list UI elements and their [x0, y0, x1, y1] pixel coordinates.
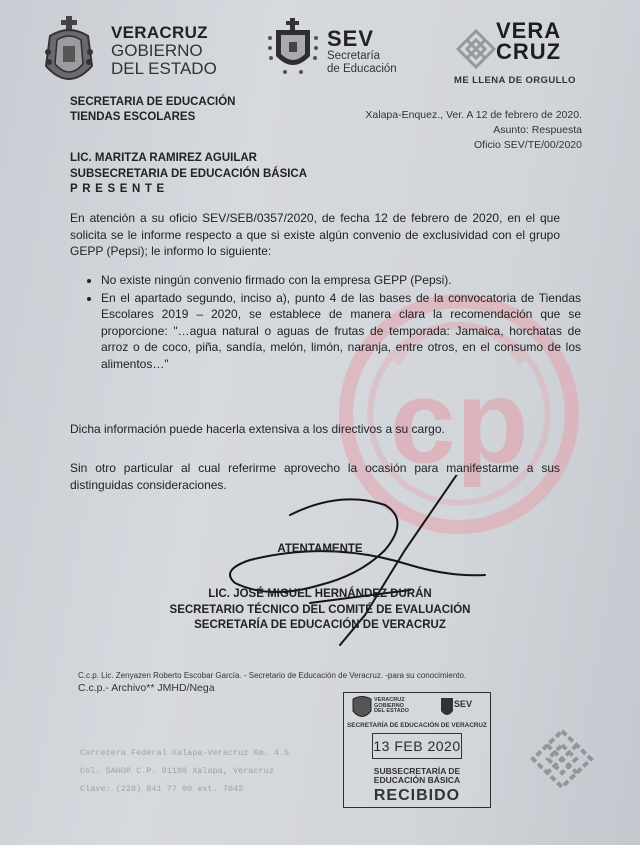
issuing-department: SECRETARIA DE EDUCACIÓN TIENDAS ESCOLARE… [70, 95, 235, 125]
address-line2: Col. SAHOP C.P. 91190 Xalapa, Veracruz [80, 762, 289, 780]
signer-position: SECRETARIO TÉCNICO DEL COMITÉ DE EVALUAC… [150, 603, 490, 619]
stamp-gov-line3: DEL ESTADO [374, 709, 409, 715]
stamp-sev: SEV [454, 699, 472, 709]
stamp-secretariat: SECRETARÍA DE EDUCACIÓN DE VERACRUZ [344, 722, 490, 729]
address-line3: Clave: (228) 841 77 00 ext. 7042 [80, 780, 289, 798]
address-line1: Carretera Federal Xalapa-Veracruz Km. 4.… [80, 744, 289, 762]
place-date: Xalapa-Enquez., Ver. A 12 de febrero de … [365, 108, 582, 123]
stamp-date: 13 FEB 2020 [372, 733, 462, 759]
government-line2: GOBIERNO [111, 42, 217, 60]
veracruz-brand-logo: VERA CRUZ [496, 20, 561, 62]
brand-line2: CRUZ [496, 41, 561, 62]
sev-line1: Secretaría [327, 50, 397, 63]
stamp-status: RECIBIDO [344, 787, 490, 805]
response-list: No existe ningún convenio firmado con la… [80, 272, 581, 373]
sev-crest-icon [267, 18, 319, 76]
department-line1: SECRETARIA DE EDUCACIÓN [70, 95, 235, 110]
stamp-government: VERACRUZ GOBIERNO DEL ESTADO [374, 698, 409, 715]
closing-paragraph: Sin otro particular al cual referirme ap… [70, 460, 560, 493]
veracruz-knot-footer-icon [527, 727, 597, 791]
signature-block: ATENTAMENTE LIC. JOSÉ MIGUEL HERNÁNDEZ D… [150, 542, 490, 634]
signer-name: LIC. JOSÉ MIGUEL HERNÁNDEZ DURÁN [150, 587, 490, 603]
letter-meta: Xalapa-Enquez., Ver. A 12 de febrero de … [365, 108, 582, 153]
addressee-name: LIC. MARITZA RAMIREZ AGUILAR [70, 151, 307, 167]
government-line3: DEL ESTADO [111, 60, 217, 78]
state-coat-of-arms-icon [40, 16, 98, 88]
sev-line2: de Educación [327, 63, 397, 76]
addressee-block: LIC. MARITZA RAMIREZ AGUILAR SUBSECRETAR… [70, 151, 307, 198]
list-item: No existe ningún convenio firmado con la… [101, 272, 581, 289]
signer-organization: SECRETARÍA DE EDUCACIÓN DE VERACRUZ [150, 618, 490, 634]
stamp-subsecretariat: SUBSECRETARÍA DE EDUCACIÓN BÁSICA [344, 767, 490, 785]
brand-tagline: ME LLENA DE ORGULLO [454, 75, 576, 86]
footer-address: Carretera Federal Xalapa-Veracruz Km. 4.… [80, 744, 289, 798]
sev-acronym: SEV [327, 28, 397, 50]
department-line2: TIENDAS ESCOLARES [70, 110, 235, 125]
tagline-emphasis: ORGULLO [525, 75, 575, 86]
salutation: ATENTAMENTE [150, 542, 490, 558]
extension-paragraph: Dicha información puede hacerla extensiv… [70, 421, 560, 438]
ccp-line1: C.c.p. Lic. Zenyazen Roberto Escobar Gar… [78, 669, 466, 682]
government-title: VERACRUZ GOBIERNO DEL ESTADO [111, 24, 217, 78]
brand-line1: VERA [496, 20, 561, 41]
subject: Asunto: Respuesta [365, 123, 582, 138]
tagline-prefix: ME LLENA DE [454, 75, 525, 86]
greeting: PRESENTE [70, 182, 307, 198]
stamp-sub-line2: EDUCACIÓN BÁSICA [344, 776, 490, 785]
reference-number: Oficio SEV/TE/00/2020 [365, 138, 582, 153]
veracruz-knot-icon [455, 28, 497, 70]
sev-title: SEV Secretaría de Educación [327, 28, 397, 76]
intro-paragraph: En atención a su oficio SEV/SEB/0357/202… [70, 210, 560, 260]
received-stamp: VERACRUZ GOBIERNO DEL ESTADO SEV SECRETA… [343, 692, 491, 808]
addressee-title: SUBSECRETARIA DE EDUCACIÓN BÁSICA [70, 167, 307, 183]
list-item: En el apartado segundo, inciso a), punto… [101, 290, 581, 373]
government-name: VERACRUZ [111, 24, 217, 42]
